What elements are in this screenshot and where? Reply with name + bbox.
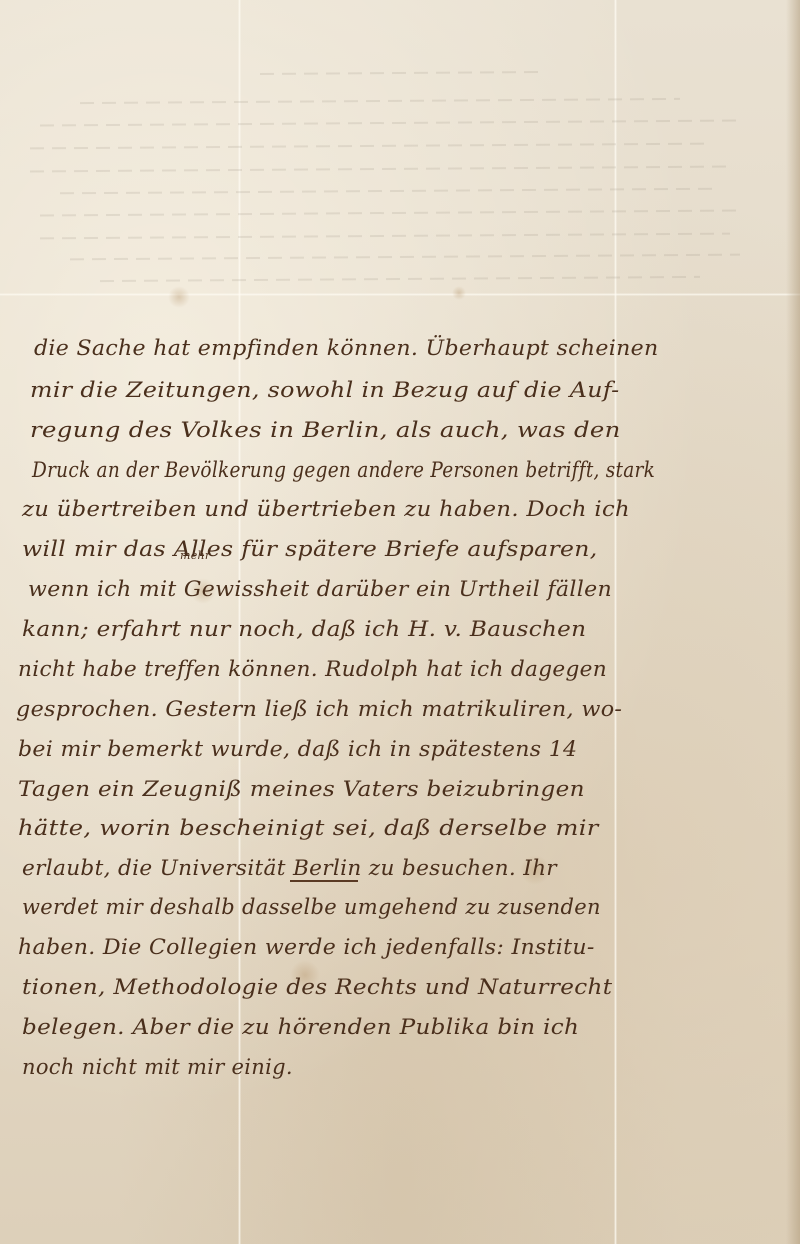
text-line: haben. Die Collegien werde ich jedenfall… [18, 935, 595, 959]
bleed-through-line [80, 98, 680, 104]
bleed-through-line [30, 143, 710, 150]
text-line: erlaubt, die Universität Berlin zu besuc… [22, 856, 557, 880]
text-line: kann; erfahrt nur noch, daß ich H. v. Ba… [22, 617, 586, 641]
bleed-through-line [260, 71, 540, 75]
bleed-through-line [40, 233, 730, 240]
bleed-through-line [70, 254, 740, 261]
ink-stain [452, 286, 466, 300]
horizontal-fold-line [0, 293, 800, 296]
text-line: tionen, Methodologie des Rechts und Natu… [22, 975, 612, 999]
underline-berlin [290, 880, 358, 882]
text-line: mir die Zeitungen, sowohl in Bezug auf d… [30, 378, 620, 402]
text-line: noch nicht mit mir einig. [22, 1055, 293, 1079]
bleed-through-line [30, 166, 730, 173]
text-line: werdet mir deshalb dasselbe umgehend zu … [22, 895, 601, 919]
page-edge-shadow [786, 0, 800, 1244]
bleed-through-line [40, 210, 740, 217]
bleed-through-line [100, 276, 700, 282]
text-line: Druck an der Bevölkerung gegen andere Pe… [32, 458, 655, 482]
text-line: wenn ich mit Gewissheit darüber ein Urth… [28, 577, 612, 601]
text-line: regung des Volkes in Berlin, als auch, w… [30, 418, 621, 442]
text-line: nicht habe treffen können. Rudolph hat i… [18, 657, 607, 681]
letter-page: die Sache hat empfinden können. Überhaup… [0, 0, 800, 1244]
bleed-through-line [40, 120, 740, 127]
text-line: belegen. Aber die zu hörenden Publika bi… [22, 1015, 579, 1039]
bleed-through-line [60, 188, 720, 195]
text-line: hätte, worin bescheinigt sei, daß dersel… [18, 816, 599, 840]
interlinear-insertion: mehr [180, 549, 210, 562]
text-line: gesprochen. Gestern ließ ich mich matrik… [16, 697, 622, 721]
text-line: die Sache hat empfinden können. Überhaup… [34, 336, 658, 360]
text-line: will mir das Alles für spätere Briefe au… [22, 537, 598, 561]
ink-stain [168, 286, 190, 308]
text-line: zu übertreiben und übertrieben zu haben.… [22, 497, 630, 521]
text-line: Tagen ein Zeugniß meines Vaters beizubri… [18, 777, 585, 801]
text-line: bei mir bemerkt wurde, daß ich in spätes… [18, 737, 577, 761]
vertical-fold-line [614, 0, 617, 1244]
